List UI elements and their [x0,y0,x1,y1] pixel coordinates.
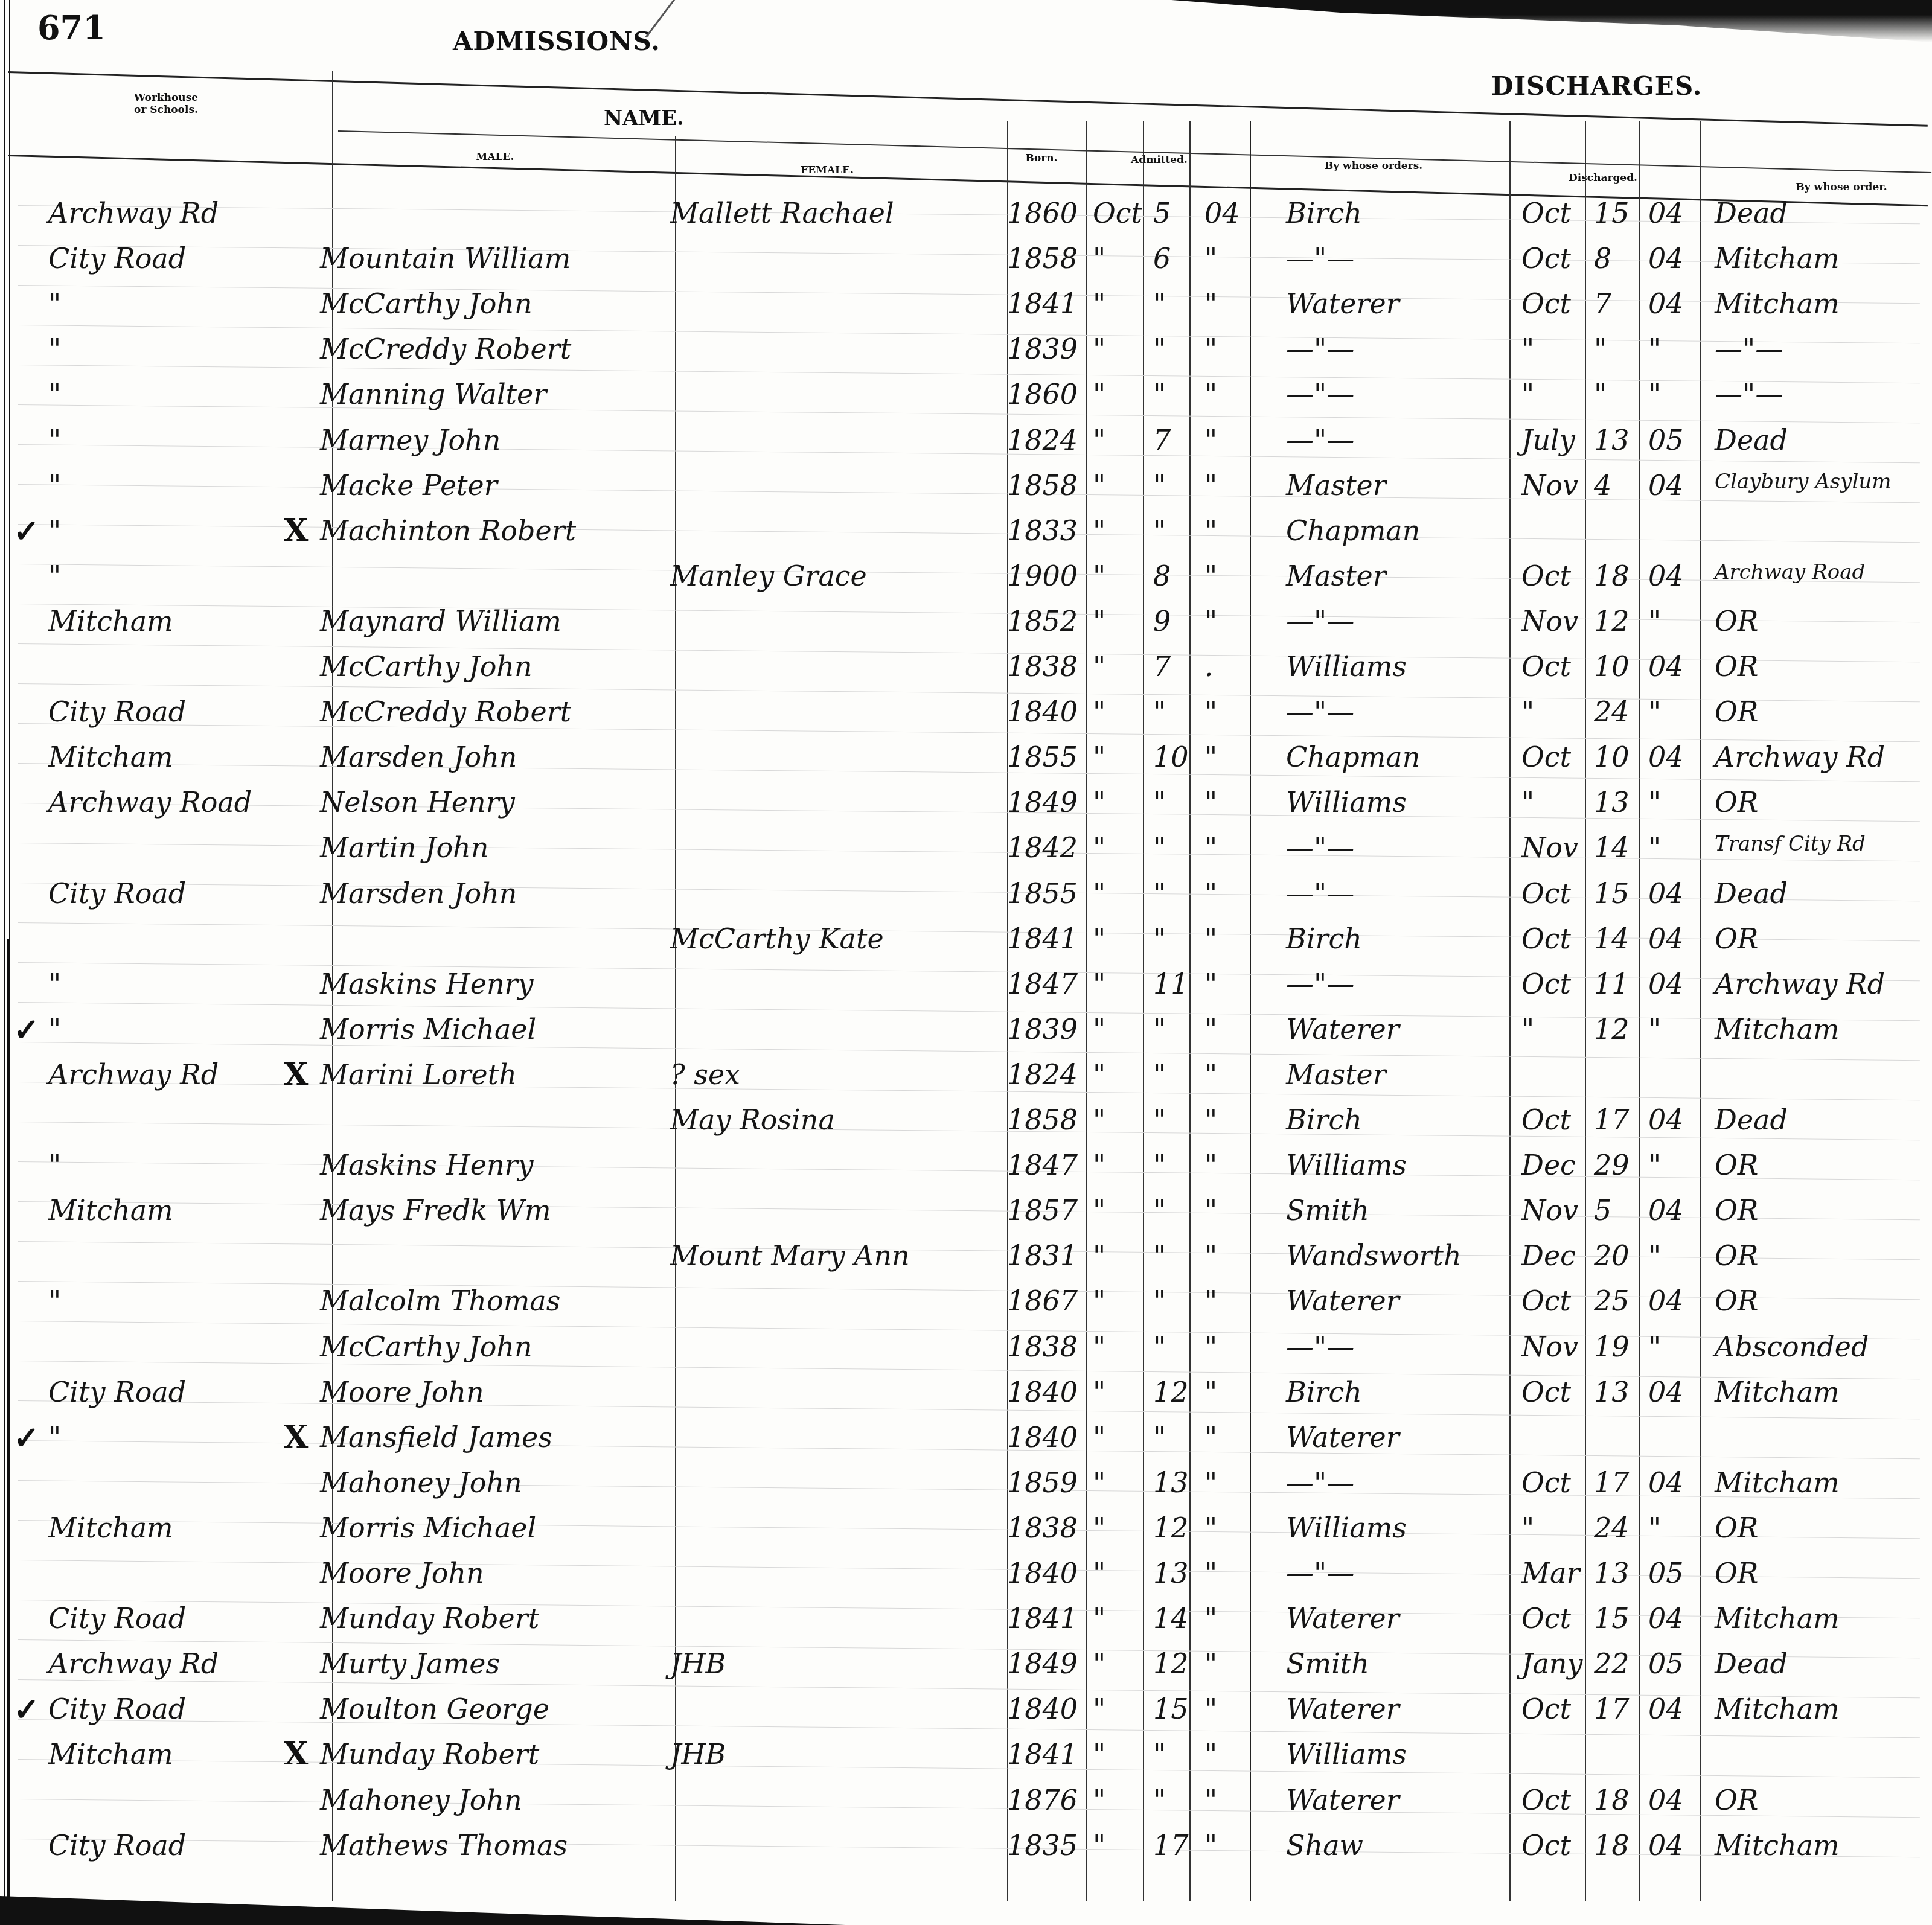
male-name-cell: Mahoney John [320,1786,522,1814]
discharged-by-cell: Mitcham [1715,290,1840,318]
female-name-cell: McCarthy Kate [670,925,884,953]
male-name-cell: Marini Loreth [320,1061,517,1088]
male-name-cell: Maskins Henry [320,1151,534,1179]
male-name-cell: Maynard William [320,607,561,635]
check-mark-icon: ✓ [13,1420,40,1457]
admitted-day-cell: 7 [1153,426,1171,454]
discharged-month-cell: " [1521,1514,1534,1542]
discharged-month-cell: Nov [1521,607,1578,635]
workhouse-cell: " [48,471,61,499]
born-cell: 1839 [1007,1015,1078,1043]
admitted-year-cell: " [1204,1514,1217,1542]
workhouse-cell: " [48,335,61,363]
admitted-year-cell: . [1204,653,1214,680]
born-cell: 1867 [1007,1287,1078,1315]
workhouse-cell: City Road [48,244,186,272]
discharged-year-cell: 04 [1648,290,1684,318]
workhouse-cell: Archway Rd [48,1061,219,1088]
discharged-by-cell: OR [1715,1151,1758,1179]
workhouse-cell: Archway Rd [48,199,219,227]
discharged-by-cell: Mitcham [1715,1015,1840,1043]
discharged-month-cell: Nov [1521,1196,1578,1224]
discharged-by-cell: Archway Rd [1715,970,1885,998]
workhouse-cell: " [48,426,61,454]
admitted-year-cell: " [1204,1242,1217,1269]
admitted-day-cell: " [1153,698,1166,726]
admitted-day-cell: " [1153,1333,1166,1361]
ledger-row: City Road McCreddy Robert 1840 " " " —"—… [0,698,1932,734]
admitted-year-cell: " [1204,562,1217,590]
ledger-row: " McCreddy Robert 1839 " " " —"— " " " —… [0,335,1932,371]
born-cell: 1900 [1007,562,1078,590]
born-cell: 1840 [1007,698,1078,726]
discharged-day-cell: 24 [1594,1514,1630,1542]
discharged-by-cell: OR [1715,1242,1758,1269]
admitted-day-cell: " [1153,1151,1166,1179]
born-cell: 1859 [1007,1469,1078,1496]
male-name-cell: Manning Walter [320,380,546,408]
female-name-cell: JHB [670,1650,726,1678]
discharged-by-cell: Dead [1715,879,1788,907]
born-cell: 1840 [1007,1695,1078,1723]
admitted-year-cell: " [1204,1378,1217,1406]
admitted-year-cell: " [1204,1650,1217,1678]
born-cell: 1841 [1007,1740,1078,1768]
discharged-by-cell: Dead [1715,1650,1788,1678]
workhouse-cell: " [48,1423,61,1451]
check-mark-icon: ✓ [13,1691,40,1728]
admitted-by-cell: Chapman [1286,517,1420,544]
discharged-year-cell: 05 [1648,1559,1684,1587]
born-cell: 1855 [1007,743,1078,771]
ledger-row: ✓ X " Mansfield James 1840 " " " Waterer [0,1423,1932,1460]
admitted-month-cell: " [1093,1015,1105,1043]
discharged-year-cell: 04 [1648,879,1684,907]
discharged-month-cell: " [1521,380,1534,408]
x-mark-icon: X [284,512,308,549]
ledger-row: " Macke Peter 1858 " " " Master Nov 4 04… [0,471,1932,508]
born-cell: 1860 [1007,380,1078,408]
ledger-row: " Maskins Henry 1847 " 11 " —"— Oct 11 0… [0,970,1932,1006]
male-name-cell: Maskins Henry [320,970,534,998]
discharged-year-cell: 04 [1648,1106,1684,1134]
admitted-year-cell: " [1204,1786,1217,1814]
admitted-year-cell: " [1204,1061,1217,1088]
admitted-by-cell: Master [1286,471,1386,499]
workhouse-cell: " [48,1015,61,1043]
ledger-row: Archway Rd Murty James JHB 1849 " 12 " S… [0,1650,1932,1686]
male-name-cell: Mountain William [320,244,571,272]
admitted-day-cell: 14 [1153,1604,1189,1632]
admitted-day-cell: " [1153,834,1166,861]
admitted-day-cell: " [1153,290,1166,318]
admitted-day-cell: " [1153,1242,1166,1269]
ledger-row: " Maskins Henry 1847 " " " Williams Dec … [0,1151,1932,1187]
workhouse-cell: Archway Rd [48,1650,219,1678]
admitted-day-cell: " [1153,471,1166,499]
admitted-day-cell: 5 [1153,199,1171,227]
discharged-month-cell: Oct [1521,562,1571,590]
discharged-by-cell: Transf City Rd [1715,834,1866,854]
admitted-day-cell: " [1153,925,1166,953]
discharged-day-cell: 7 [1594,290,1611,318]
admitted-year-cell: " [1204,607,1217,635]
discharged-day-cell: 12 [1594,1015,1630,1043]
discharged-month-cell: Oct [1521,743,1571,771]
discharged-month-cell: Oct [1521,879,1571,907]
admitted-day-cell: 12 [1153,1514,1189,1542]
born-cell: 1835 [1007,1831,1078,1859]
admitted-year-cell: " [1204,335,1217,363]
discharged-day-cell: 15 [1594,199,1630,227]
discharged-year-cell: 04 [1648,1469,1684,1496]
born-cell: 1840 [1007,1423,1078,1451]
born-cell: 1847 [1007,970,1078,998]
admitted-day-cell: 17 [1153,1831,1189,1859]
ledger-row: May Rosina 1858 " " " Birch Oct 17 04 De… [0,1106,1932,1142]
male-name-cell: Nelson Henry [320,788,515,816]
discharged-year-cell: 04 [1648,244,1684,272]
admitted-day-cell: 10 [1153,743,1189,771]
discharged-by-cell: Mitcham [1715,244,1840,272]
admitted-by-cell: Birch [1286,1106,1362,1134]
discharged-year-cell: 04 [1648,743,1684,771]
male-name-cell: Macke Peter [320,471,497,499]
discharged-month-cell: " [1521,1015,1534,1043]
workhouse-cell: Archway Road [48,788,252,816]
born-cell: 1858 [1007,471,1078,499]
discharged-month-cell: Oct [1521,1786,1571,1814]
discharged-month-cell: Oct [1521,1469,1571,1496]
admitted-day-cell: 13 [1153,1469,1189,1496]
ledger-row: ✓ City Road Moulton George 1840 " 15 " W… [0,1695,1932,1731]
female-name-cell: Mount Mary Ann [670,1242,910,1269]
born-cell: 1847 [1007,1151,1078,1179]
discharged-year-cell: 04 [1648,1831,1684,1859]
admitted-month-cell: " [1093,1333,1105,1361]
discharged-year-cell: 04 [1648,471,1684,499]
admitted-day-cell: 12 [1153,1650,1189,1678]
ledger-row: Archway Rd Mallett Rachael 1860 Oct 5 04… [0,199,1932,235]
discharged-year-cell: 05 [1648,1650,1684,1678]
discharged-month-cell: Oct [1521,1831,1571,1859]
ledger-row: City Road Mountain William 1858 " 6 " —"… [0,244,1932,281]
born-cell: 1858 [1007,1106,1078,1134]
workhouse-cell: City Road [48,698,186,726]
discharged-by-cell: Mitcham [1715,1831,1840,1859]
ledger-row: City Road Moore John 1840 " 12 " Birch O… [0,1378,1932,1414]
discharged-month-cell: " [1521,698,1534,726]
discharged-month-cell: Oct [1521,1695,1571,1723]
ledger-row: Mitcham Marsden John 1855 " 10 " Chapman… [0,743,1932,779]
born-cell: 1876 [1007,1786,1078,1814]
male-name-cell: Marsden John [320,743,517,771]
discharged-month-cell: Dec [1521,1151,1576,1179]
admitted-by-cell: Waterer [1286,1604,1399,1632]
admitted-month-cell: " [1093,925,1105,953]
discharged-year-cell: 04 [1648,970,1684,998]
admitted-by-cell: —"— [1286,1333,1354,1361]
discharged-month-cell: July [1521,426,1575,454]
ledger-row: Mitcham Maynard William 1852 " 9 " —"— N… [0,607,1932,643]
discharged-by-cell: Dead [1715,1106,1788,1134]
admitted-year-cell: " [1204,970,1217,998]
admitted-day-cell: " [1153,1196,1166,1224]
admitted-month-cell: " [1093,380,1105,408]
ledger-row: Martin John 1842 " " " —"— Nov 14 " Tran… [0,834,1932,870]
discharged-day-cell: " [1594,380,1607,408]
discharged-day-cell: 25 [1594,1287,1630,1315]
admitted-by-cell: —"— [1286,607,1354,635]
discharged-by-cell: OR [1715,607,1758,635]
discharged-day-cell: 15 [1594,1604,1630,1632]
discharged-year-cell: " [1648,335,1661,363]
born-cell: 1831 [1007,1242,1078,1269]
discharged-month-cell: Nov [1521,471,1578,499]
admitted-year-cell: " [1204,879,1217,907]
workhouse-cell: Mitcham [48,1740,173,1768]
male-name-cell: Machinton Robert [320,517,576,544]
discharged-month-cell: Oct [1521,653,1571,680]
admitted-year-cell: " [1204,1423,1217,1451]
discharged-day-cell: 15 [1594,879,1630,907]
workhouse-cell: Mitcham [48,743,173,771]
admitted-month-cell: " [1093,1196,1105,1224]
workhouse-cell: " [48,290,61,318]
workhouse-cell: " [48,517,61,544]
workhouse-cell: " [48,970,61,998]
discharged-by-cell: OR [1715,698,1758,726]
male-name-cell: McCarthy John [320,290,533,318]
ledger-row: City Road Marsden John 1855 " " " —"— Oc… [0,879,1932,916]
admitted-day-cell: " [1153,1287,1166,1315]
male-name-cell: Murty James [320,1650,500,1678]
admitted-year-cell: " [1204,1287,1217,1315]
admitted-month-cell: " [1093,834,1105,861]
ledger-row: Moore John 1840 " 13 " —"— Mar 13 05 OR [0,1559,1932,1595]
admitted-month-cell: " [1093,517,1105,544]
born-cell: 1841 [1007,925,1078,953]
admitted-year-cell: " [1204,1333,1217,1361]
female-name-cell: May Rosina [670,1106,835,1134]
ledger-row: Mitcham Morris Michael 1838 " 12 " Willi… [0,1514,1932,1550]
discharged-day-cell: 12 [1594,607,1630,635]
born-cell: 1838 [1007,1514,1078,1542]
born-cell: 1841 [1007,1604,1078,1632]
admitted-month-cell: " [1093,1061,1105,1088]
discharged-by-cell: Dead [1715,199,1788,227]
ledger-row: McCarthy John 1838 " " " —"— Nov 19 " Ab… [0,1333,1932,1369]
admitted-month-cell: " [1093,1559,1105,1587]
male-name-cell: Moore John [320,1378,484,1406]
admitted-by-cell: Smith [1286,1650,1369,1678]
admitted-year-cell: " [1204,1831,1217,1859]
admitted-year-cell: " [1204,244,1217,272]
admitted-month-cell: " [1093,562,1105,590]
discharged-by-cell: OR [1715,925,1758,953]
male-name-cell: McCarthy John [320,653,533,680]
discharged-day-cell: 13 [1594,788,1630,816]
discharged-by-cell: OR [1715,1196,1758,1224]
admitted-by-cell: —"— [1286,244,1354,272]
born-cell: 1857 [1007,1196,1078,1224]
ledger-row: McCarthy Kate 1841 " " " Birch Oct 14 04… [0,925,1932,961]
admitted-day-cell: " [1153,1015,1166,1043]
admitted-year-cell: " [1204,1015,1217,1043]
admitted-year-cell: " [1204,1740,1217,1768]
workhouse-cell: " [48,1151,61,1179]
admitted-day-cell: " [1153,1740,1166,1768]
admitted-day-cell: " [1153,1786,1166,1814]
discharged-by-cell: Mitcham [1715,1378,1840,1406]
male-name-cell: Mahoney John [320,1469,522,1496]
admitted-day-cell: 13 [1153,1559,1189,1587]
ledger-row: City Road Mathews Thomas 1835 " 17 " Sha… [0,1831,1932,1868]
admitted-month-cell: " [1093,1151,1105,1179]
workhouse-cell: " [48,562,61,590]
admitted-by-cell: Birch [1286,1378,1362,1406]
admitted-day-cell: " [1153,1106,1166,1134]
discharged-by-cell: Mitcham [1715,1695,1840,1723]
discharged-year-cell: 04 [1648,1695,1684,1723]
admitted-by-cell: Birch [1286,925,1362,953]
discharged-by-cell: Archway Road [1715,562,1865,583]
admitted-day-cell: " [1153,1423,1166,1451]
born-cell: 1855 [1007,879,1078,907]
discharged-month-cell: Oct [1521,244,1571,272]
admitted-by-cell: —"— [1286,380,1354,408]
admitted-by-cell: Waterer [1286,1786,1399,1814]
ledger-row: Mahoney John 1876 " " " Waterer Oct 18 0… [0,1786,1932,1822]
born-cell: 1838 [1007,653,1078,680]
male-name-cell: Morris Michael [320,1015,536,1043]
x-mark-icon: X [284,1735,308,1772]
admitted-year-cell: " [1204,1106,1217,1134]
male-name-cell: McCreddy Robert [320,698,571,726]
discharged-year-cell: 04 [1648,1196,1684,1224]
discharged-year-cell: " [1648,1242,1661,1269]
discharged-month-cell: Oct [1521,1378,1571,1406]
workhouse-cell: " [48,380,61,408]
admitted-by-cell: Wandsworth [1286,1242,1462,1269]
male-name-cell: Marsden John [320,879,517,907]
admitted-month-cell: " [1093,1469,1105,1496]
admitted-by-cell: Smith [1286,1196,1369,1224]
admitted-year-cell: " [1204,1604,1217,1632]
admitted-day-cell: 9 [1153,607,1171,635]
admitted-by-cell: Waterer [1286,1015,1399,1043]
admitted-by-cell: Williams [1286,1151,1407,1179]
discharged-year-cell: 04 [1648,1287,1684,1315]
male-name-cell: Munday Robert [320,1604,539,1632]
admitted-by-cell: Shaw [1286,1831,1363,1859]
workhouse-cell: City Road [48,1695,186,1723]
admitted-month-cell: " [1093,1604,1105,1632]
admitted-month-cell: " [1093,1786,1105,1814]
ledger-row: " Malcolm Thomas 1867 " " " Waterer Oct … [0,1287,1932,1323]
discharged-by-cell: Absconded [1715,1333,1869,1361]
male-name-cell: Marney John [320,426,501,454]
discharged-year-cell: 04 [1648,199,1684,227]
workhouse-cell: Mitcham [48,1514,173,1542]
discharged-year-cell: " [1648,380,1661,408]
admitted-day-cell: 12 [1153,1378,1189,1406]
female-name-cell: JHB [670,1740,726,1768]
female-name-cell: Manley Grace [670,562,867,590]
workhouse-cell: City Road [48,1604,186,1632]
female-name-cell: Mallett Rachael [670,199,894,227]
discharged-day-cell: 4 [1594,471,1611,499]
admitted-by-cell: Master [1286,1061,1386,1088]
male-name-cell: Moore John [320,1559,484,1587]
admitted-year-cell: " [1204,788,1217,816]
ledger-row: Mount Mary Ann 1831 " " " Wandsworth Dec… [0,1242,1932,1278]
workhouse-cell: " [48,1287,61,1315]
born-cell: 1840 [1007,1378,1078,1406]
male-name-cell: Munday Robert [320,1740,539,1768]
discharged-year-cell: " [1648,1151,1661,1179]
discharged-day-cell: 17 [1594,1469,1630,1496]
discharged-year-cell: " [1648,1015,1661,1043]
admitted-month-cell: " [1093,1287,1105,1315]
discharged-day-cell: 18 [1594,1831,1630,1859]
admitted-year-cell: " [1204,1559,1217,1587]
discharged-by-cell: Mitcham [1715,1604,1840,1632]
admitted-month-cell: " [1093,1423,1105,1451]
born-cell: 1840 [1007,1559,1078,1587]
admitted-day-cell: " [1153,517,1166,544]
admitted-by-cell: Waterer [1286,1695,1399,1723]
discharged-year-cell: 04 [1648,1604,1684,1632]
discharged-year-cell: 04 [1648,1786,1684,1814]
discharged-year-cell: " [1648,788,1661,816]
ledger-row: Mahoney John 1859 " 13 " —"— Oct 17 04 M… [0,1469,1932,1505]
discharged-day-cell: 10 [1594,743,1630,771]
admitted-day-cell: " [1153,879,1166,907]
admitted-year-cell: " [1204,1196,1217,1224]
born-cell: 1860 [1007,199,1078,227]
x-mark-icon: X [284,1419,308,1455]
male-name-cell: Martin John [320,834,488,861]
ledger-row: " Marney John 1824 " 7 " —"— July 13 05 … [0,426,1932,462]
born-cell: 1858 [1007,244,1078,272]
discharged-month-cell: Mar [1521,1559,1580,1587]
discharged-day-cell: 24 [1594,698,1630,726]
discharged-day-cell: 22 [1594,1650,1630,1678]
admitted-month-cell: " [1093,1740,1105,1768]
discharged-year-cell: " [1648,834,1661,861]
discharged-year-cell: 04 [1648,562,1684,590]
admitted-month-cell: " [1093,653,1105,680]
ledger-row: City Road Munday Robert 1841 " 14 " Wate… [0,1604,1932,1641]
born-cell: 1842 [1007,834,1078,861]
admitted-year-cell: " [1204,1695,1217,1723]
workhouse-cell: City Road [48,1831,186,1859]
discharged-by-cell: OR [1715,1786,1758,1814]
admitted-month-cell: " [1093,788,1105,816]
admitted-year-cell: " [1204,517,1217,544]
male-name-cell: Malcolm Thomas [320,1287,560,1315]
discharged-day-cell: 10 [1594,653,1630,680]
male-name-cell: Mansfield James [320,1423,552,1451]
admitted-year-cell: " [1204,834,1217,861]
male-name-cell: Mays Fredk Wm [320,1196,551,1224]
discharged-by-cell: OR [1715,1514,1758,1542]
ledger-row: ✓ X " Machinton Robert 1833 " " " Chapma… [0,517,1932,553]
admitted-year-cell: " [1204,380,1217,408]
discharged-day-cell: 18 [1594,562,1630,590]
admitted-day-cell: " [1153,1061,1166,1088]
